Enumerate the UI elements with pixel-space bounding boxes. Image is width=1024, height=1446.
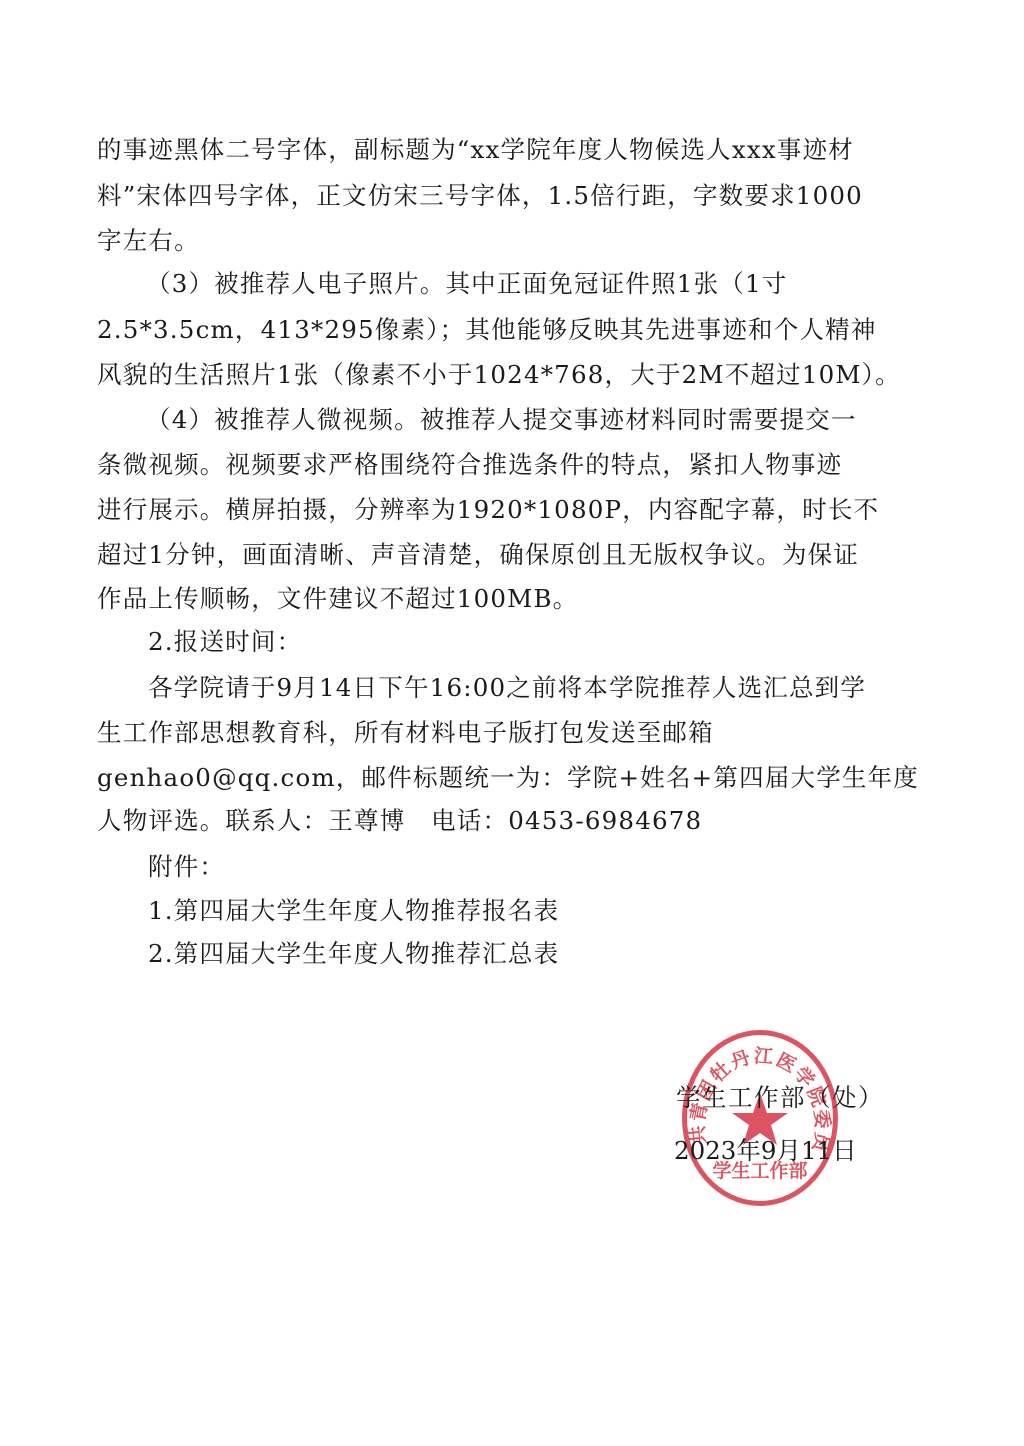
item-4-line: 条微视频。视频要求严格围绕符合推选条件的特点，紧扣人物事迹	[97, 450, 842, 480]
section-2-line: 人物评选。联系人：王尊博 电话：0453-6984678	[97, 806, 702, 836]
item-4-line: 进行展示。横屏拍摄，分辨率为1920*1080P，内容配字幕，时长不	[97, 495, 879, 525]
stamp-graphic: 共青团牡丹江医学院委员会 学生工作部	[687, 1035, 833, 1201]
item-4-line: 作品上传顺畅，文件建议不超过100MB。	[97, 584, 578, 614]
section-2-line: 生工作部思想教育科，所有材料电子版打包发送至邮箱	[97, 718, 714, 748]
item-3-line: 2.5*3.5cm，413*295像素）；其他能够反映其先进事迹和个人精神	[97, 315, 877, 345]
official-stamp: 共青团牡丹江医学院委员会 学生工作部	[682, 1030, 838, 1206]
attachments-heading: 附件：	[148, 852, 225, 882]
signature-department: 学生工作部（处）	[676, 1083, 884, 1113]
paragraph-line: 料”宋体四号字体，正文仿宋三号字体，1.5倍行距，字数要求1000	[97, 181, 863, 211]
signature-date: 2023年9月11日	[674, 1136, 857, 1166]
section-heading: 2.报送时间：	[148, 627, 302, 657]
document-page: 的事迹黑体二号字体，副标题为“xx学院年度人物候选人xxx事迹材 料”宋体四号字…	[0, 0, 1024, 1446]
item-3-line: 风貌的生活照片1张（像素不小于1024*768，大于2M不超过10M）。	[97, 360, 901, 390]
attachment-item: 1.第四届大学生年度人物推荐报名表	[148, 896, 559, 926]
section-2-line: genhao0@qq.com，邮件标题统一为：学院+姓名+第四届大学生年度	[97, 763, 919, 793]
item-4-line: 超过1分钟，画面清晰、声音清楚，确保原创且无版权争议。为保证	[97, 540, 859, 570]
item-4-line: （4）被推荐人微视频。被推荐人提交事迹材料同时需要提交一	[146, 405, 857, 435]
attachment-item: 2.第四届大学生年度人物推荐汇总表	[148, 939, 559, 969]
paragraph-line: 字左右。	[97, 226, 200, 256]
item-3-line: （3）被推荐人电子照片。其中正面免冠证件照1张（1寸	[146, 269, 787, 299]
paragraph-line: 的事迹黑体二号字体，副标题为“xx学院年度人物候选人xxx事迹材	[97, 135, 854, 165]
section-2-line: 各学院请于9月14日下午16:00之前将本学院推荐人选汇总到学	[148, 673, 866, 703]
